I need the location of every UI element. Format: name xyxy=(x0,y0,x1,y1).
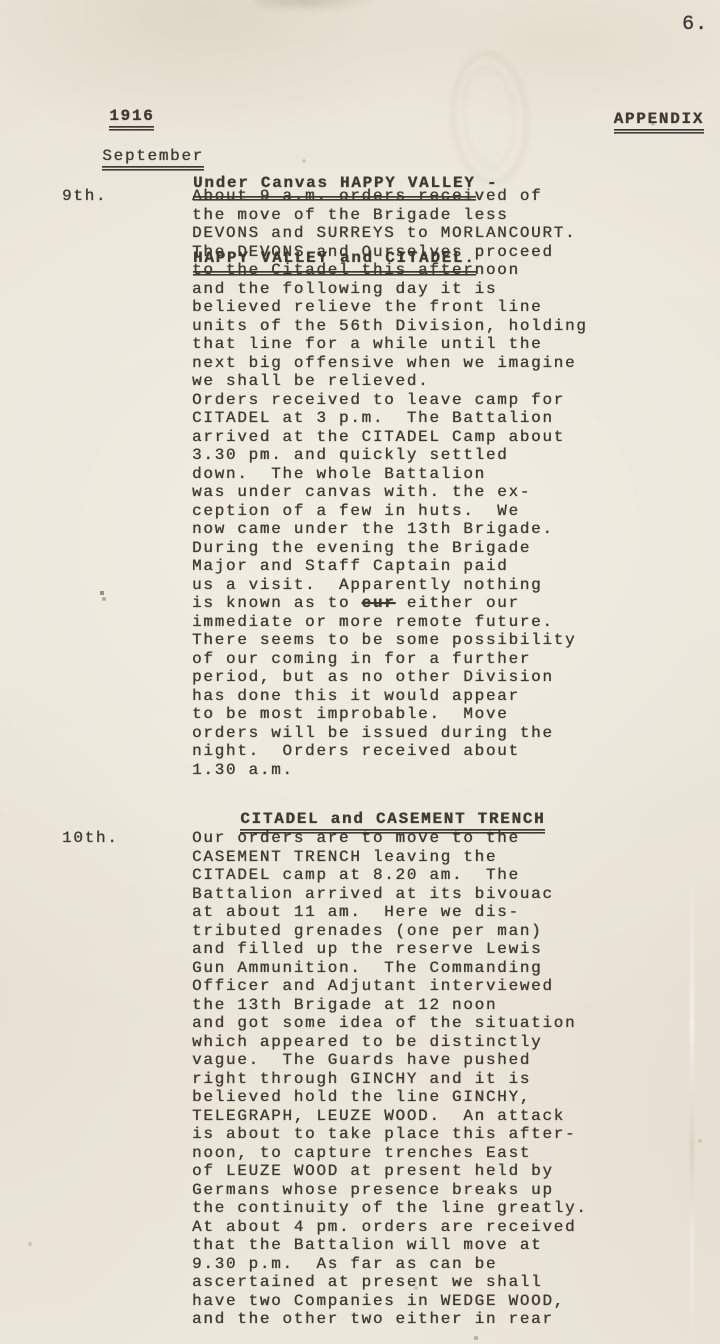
appendix-row: APPENDIX xyxy=(568,91,704,153)
entry-9-text-after-strike: either our immediate or more remote futu… xyxy=(192,594,576,779)
entry-9-text-before-strike: About 9 a.m. orders received of the move… xyxy=(192,187,588,612)
struck-word: eur xyxy=(362,594,396,612)
entry-body-9th: About 9 a.m. orders received of the move… xyxy=(192,187,642,779)
entry-body-10th: Our orders are to move to the CASEMENT T… xyxy=(192,829,642,1329)
paper-specks xyxy=(0,0,2,2)
document-page: 6. 1916 APPENDIX September Under Canvas … xyxy=(0,0,720,1344)
paper-smudge xyxy=(255,0,375,12)
appendix-label: APPENDIX xyxy=(614,110,704,135)
page-number: 6. xyxy=(682,16,708,35)
paper-crease xyxy=(690,860,694,1344)
month-label: September xyxy=(102,147,204,172)
entry-date-10th: 10th. xyxy=(62,829,119,848)
month-row: September xyxy=(57,128,204,190)
entry-date-9th: 9th. xyxy=(62,187,107,206)
